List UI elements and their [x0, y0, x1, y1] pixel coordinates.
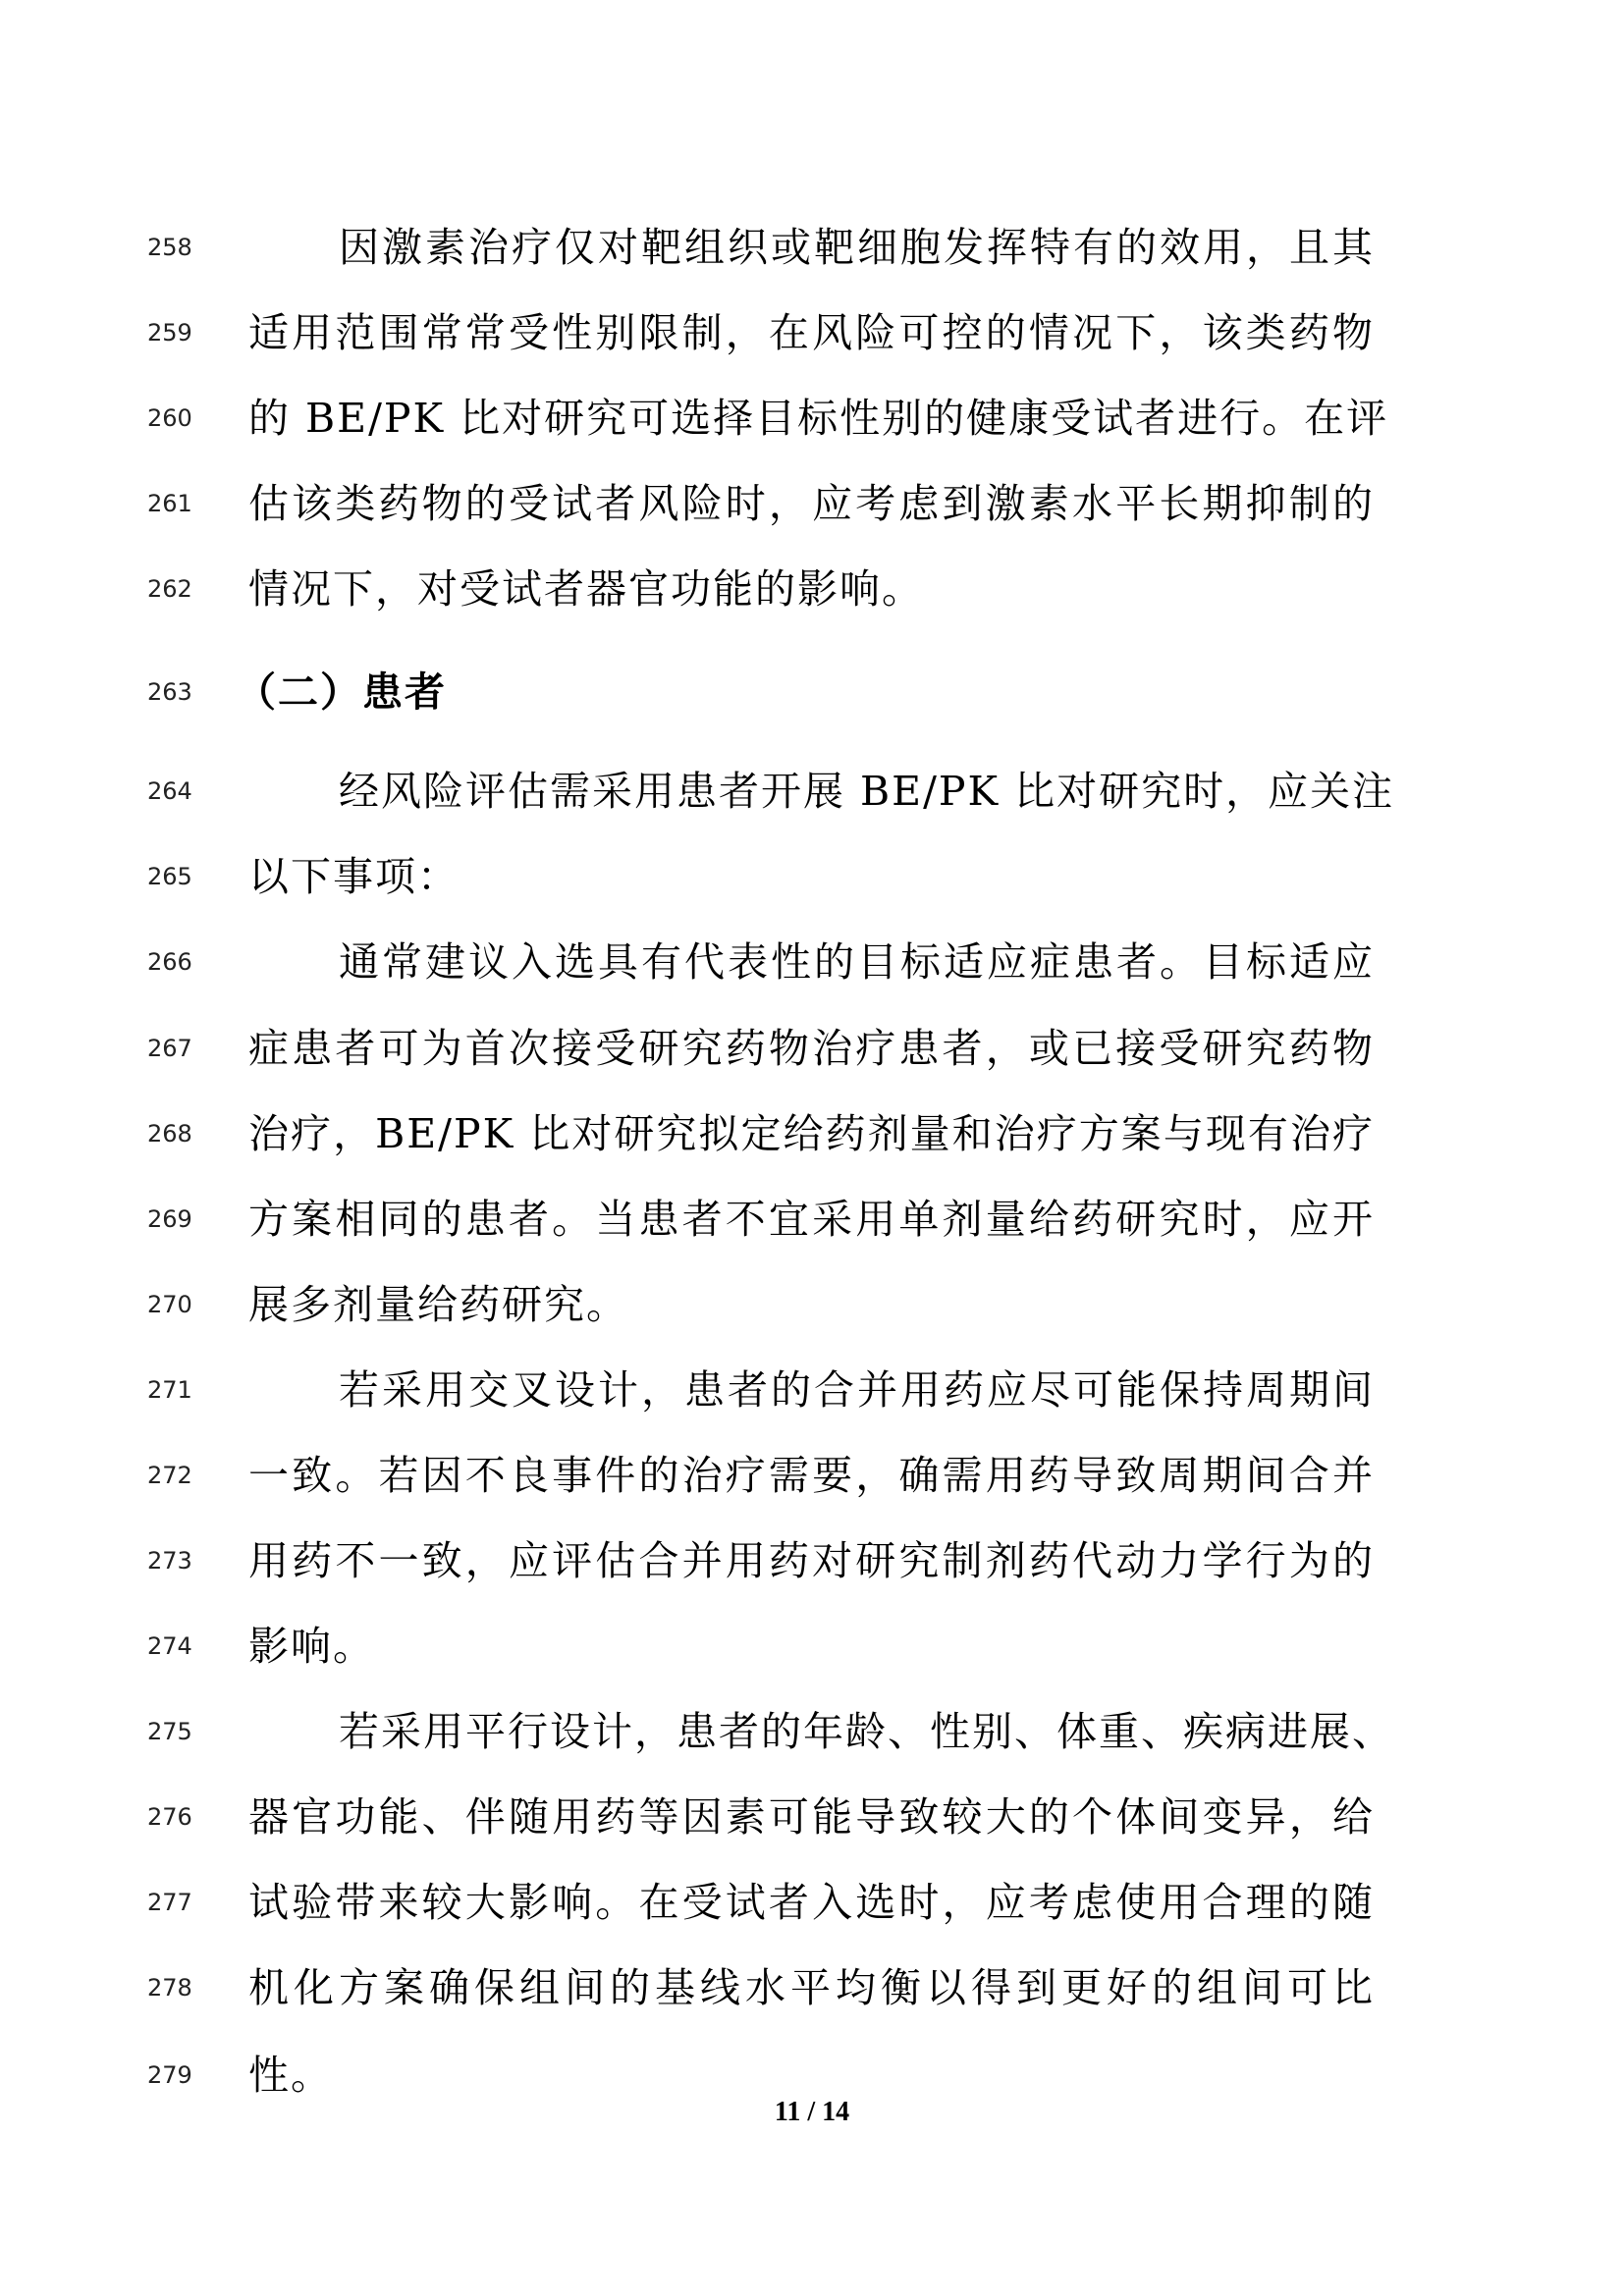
paragraph-line: 估该类药物的受试者风险时，应考虑到激素水平长期抑制的	[248, 474, 1375, 533]
line-number: 267	[147, 1034, 206, 1063]
line-number: 278	[147, 1973, 206, 2002]
line-number: 264	[147, 776, 206, 806]
line-number: 261	[147, 489, 206, 518]
line-number: 262	[147, 574, 206, 604]
line-number: 259	[147, 318, 206, 347]
line-number: 265	[147, 862, 206, 891]
page-number: 11 / 14	[0, 2097, 1624, 2128]
paragraph-line: 性。	[248, 2046, 1375, 2105]
paragraph-line: 通常建议入选具有代表性的目标适应症患者。目标适应	[339, 933, 1375, 991]
line-number: 277	[147, 1888, 206, 1917]
paragraph-line: 展多剂量给药研究。	[248, 1275, 1375, 1334]
line-number: 268	[147, 1119, 206, 1148]
line-number: 271	[147, 1375, 206, 1405]
paragraph-line: 经风险评估需采用患者开展 BE/PK 比对研究时，应关注	[339, 762, 1375, 821]
line-number: 274	[147, 1631, 206, 1661]
line-number: 266	[147, 947, 206, 977]
paragraph-line: 机化方案确保组间的基线水平均衡以得到更好的组间可比	[248, 1958, 1375, 2017]
line-number: 269	[147, 1204, 206, 1234]
line-number: 275	[147, 1717, 206, 1746]
paragraph-line: 方案相同的患者。当患者不宜采用单剂量给药研究时，应开	[248, 1190, 1375, 1249]
line-number: 279	[147, 2060, 206, 2090]
section-heading: （二）患者	[236, 663, 447, 721]
paragraph-line: 治疗，BE/PK 比对研究拟定给药剂量和治疗方案与现有治疗	[248, 1104, 1375, 1163]
paragraph-line: 情况下，对受试者器官功能的影响。	[248, 560, 1375, 618]
paragraph-line: 适用范围常常受性别限制，在风险可控的情况下，该类药物	[248, 303, 1375, 362]
paragraph-line: 症患者可为首次接受研究药物治疗患者，或已接受研究药物	[248, 1019, 1375, 1078]
paragraph-line: 影响。	[248, 1617, 1375, 1676]
paragraph-line: 若采用平行设计，患者的年龄、性别、体重、疾病进展、	[339, 1702, 1375, 1761]
paragraph-line: 以下事项：	[248, 847, 1375, 906]
paragraph-line: 的 BE/PK 比对研究可选择目标性别的健康受试者进行。在评	[248, 389, 1375, 448]
line-number: 273	[147, 1546, 206, 1575]
paragraph-line: 试验带来较大影响。在受试者入选时，应考虑使用合理的随	[248, 1873, 1375, 1932]
line-number: 276	[147, 1802, 206, 1832]
paragraph-line: 器官功能、伴随用药等因素可能导致较大的个体间变异，给	[248, 1788, 1375, 1846]
paragraph-line: 因激素治疗仅对靶组织或靶细胞发挥特有的效用，且其	[339, 218, 1375, 277]
line-number: 263	[147, 677, 206, 707]
line-number: 270	[147, 1290, 206, 1319]
line-number: 258	[147, 233, 206, 262]
paragraph-line: 若采用交叉设计，患者的合并用药应尽可能保持周期间	[339, 1361, 1375, 1419]
line-number: 260	[147, 403, 206, 433]
line-number: 272	[147, 1461, 206, 1490]
paragraph-line: 用药不一致，应评估合并用药对研究制剂药代动力学行为的	[248, 1531, 1375, 1590]
paragraph-line: 一致。若因不良事件的治疗需要，确需用药导致周期间合并	[248, 1446, 1375, 1505]
